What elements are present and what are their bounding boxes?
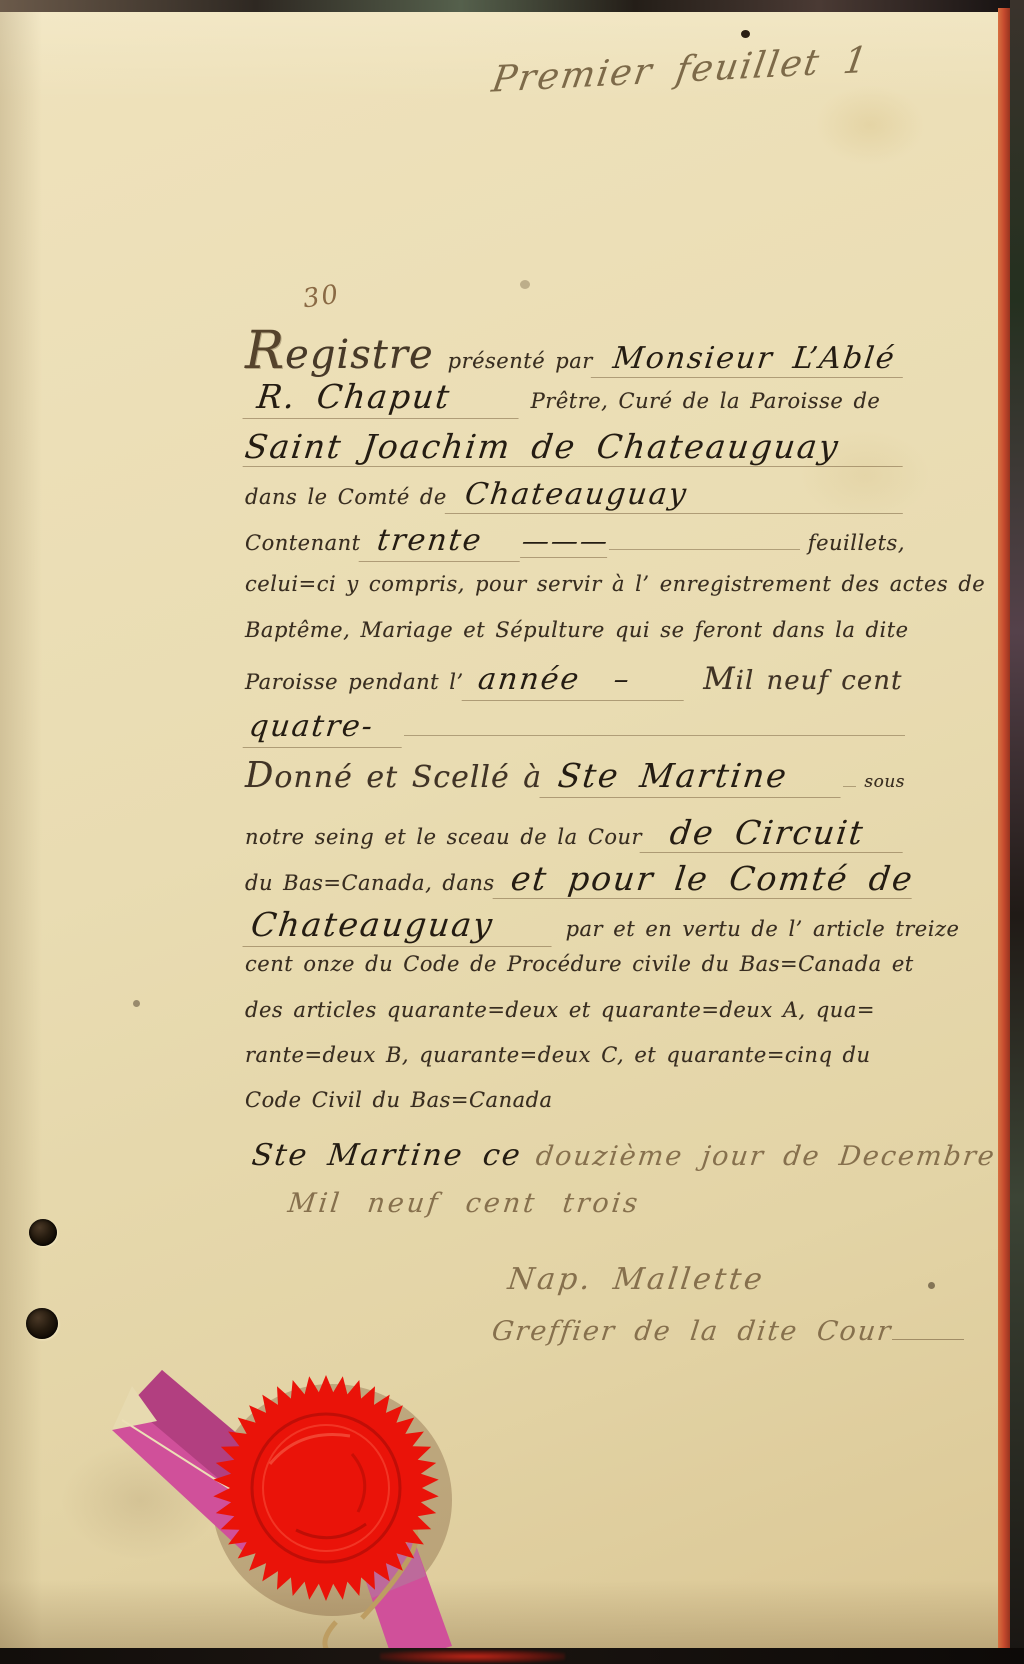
donne-scelle-label: Donné et Scellé à (245, 756, 542, 797)
form-line-7: Baptême, Mariage et Sépulture qui se fer… (245, 618, 905, 642)
punch-hole (29, 1219, 57, 1246)
ink-speck (928, 1282, 935, 1289)
form-line-donne-scelle: Donné et Scellé à Ste Martine sous (245, 756, 905, 798)
feuillets-label: feuillets, (808, 531, 905, 555)
page-number: 30 (301, 280, 342, 315)
mil-neuf-cent-label: Mil neuf cent (703, 662, 902, 697)
form-line-17: Code Civil du Bas=Canada (245, 1088, 905, 1112)
signer-role-line: Greffier de la dite Cour (492, 1316, 892, 1347)
presenter-name-entry: R. Chaput (242, 378, 523, 419)
red-edge-smear (380, 1650, 565, 1663)
printed-text: rante=deux B, quarante=deux C, et quaran… (245, 1043, 871, 1067)
form-line-annee: Paroisse pendant l’ année – Mil neuf cen… (245, 662, 905, 701)
ink-speck (133, 1000, 140, 1007)
closing-year-text: Mil neuf cent trois (286, 1188, 642, 1219)
closing-place: Ste Martine ce (250, 1138, 524, 1173)
dans-le-comte-label: dans le Comté de (245, 485, 447, 509)
form-line-14: cent onze du Code de Procédure civile du… (245, 952, 905, 976)
presenter-entry: Monsieur L’Ablé (591, 342, 908, 378)
form-line-paroisse: Saint Joachim de Chateauguay (245, 428, 905, 467)
form-line-6: celui=ci y compris, pour servir à l’ enr… (245, 572, 905, 596)
signature-line: Nap. Mallette (508, 1262, 765, 1297)
closing-year: Mil neuf cent trois (288, 1188, 640, 1219)
seing-sceau-label: notre seing et le sceau de la Cour (245, 825, 642, 849)
feuillets-count-entry: trente (358, 524, 524, 562)
dash-entry: ——— (520, 526, 611, 558)
form-line-name: R. Chaput Prêtre, Curé de la Paroisse de (245, 378, 905, 419)
contenant-label: Contenant (245, 531, 361, 555)
signature: Nap. Mallette (506, 1262, 767, 1297)
form-line-15: des articles quarante=deux et quarante=d… (245, 998, 905, 1022)
annee-entry: année – (461, 663, 687, 701)
form-line-registre: Registre présenté par Monsieur L’Ablé (245, 322, 905, 382)
ruled-blank (843, 783, 856, 787)
form-line-cour: notre seing et le sceau de la Cour de Ci… (245, 814, 905, 853)
form-line-16: rante=deux B, quarante=deux C, et quaran… (245, 1043, 905, 1067)
printed-text: Code Civil du Bas=Canada (245, 1088, 553, 1112)
comte-entry-2: Chateauguay (242, 906, 556, 947)
form-line-chateauguay: Chateauguay par et en vertu de l’ articl… (245, 906, 905, 947)
printed-text: cent onze du Code de Procédure civile du… (245, 952, 914, 976)
printed-text: des articles quarante=deux et quarante=d… (245, 998, 875, 1022)
ruled-blank (609, 546, 800, 550)
printed-text: celui=ci y compris, pour servir à l’ enr… (245, 572, 985, 596)
lieu-entry: Ste Martine (540, 757, 846, 798)
registre-word: Registre (245, 322, 434, 382)
seal-assembly (60, 1324, 460, 1664)
paper-stain (815, 85, 925, 165)
pretre-cure-label: Prêtre, Curé de la Paroisse de (531, 389, 881, 413)
presente-par-label: présenté par (448, 349, 593, 373)
signer-role: Greffier de la dite Cour (490, 1316, 894, 1347)
ruled-blank (404, 732, 905, 736)
ink-speck (741, 30, 750, 38)
form-line-contenant: Contenant trente ——— feuillets, (245, 524, 905, 562)
sous-label: sous (864, 773, 905, 793)
ink-speck (520, 280, 530, 289)
paroisse-pendant-label: Paroisse pendant l’ (245, 670, 464, 694)
form-line-quatre: quatre- (245, 710, 905, 748)
quatre-entry: quatre- (243, 710, 406, 748)
flourish-line (892, 1336, 964, 1340)
punch-hole (26, 1308, 58, 1339)
closing-date: douzième jour de Decembre (534, 1141, 998, 1172)
pour-le-comte-entry: et pour le Comté de (492, 860, 915, 899)
vertu-article-label: par et en vertu de l’ article treize (566, 917, 960, 941)
form-line-bas-canada: du Bas=Canada, dans et pour le Comté de (245, 860, 905, 899)
book-cover-right-edge (1010, 0, 1024, 1664)
scanned-register-page: Premier feuillet 1 30 Registre présenté … (0, 0, 1024, 1664)
comte-entry: Chateauguay (445, 478, 908, 514)
book-cover-top-edge (0, 0, 1024, 12)
bas-canada-label: du Bas=Canada, dans (245, 871, 495, 895)
closing-place-date: Ste Martine ce douzième jour de Decembre (252, 1138, 995, 1173)
paroisse-entry: Saint Joachim de Chateauguay (243, 428, 908, 467)
cour-type-entry: de Circuit (640, 814, 908, 853)
form-line-comte: dans le Comté de Chateauguay (245, 478, 905, 514)
printed-text: Baptême, Mariage et Sépulture qui se fer… (245, 618, 909, 642)
